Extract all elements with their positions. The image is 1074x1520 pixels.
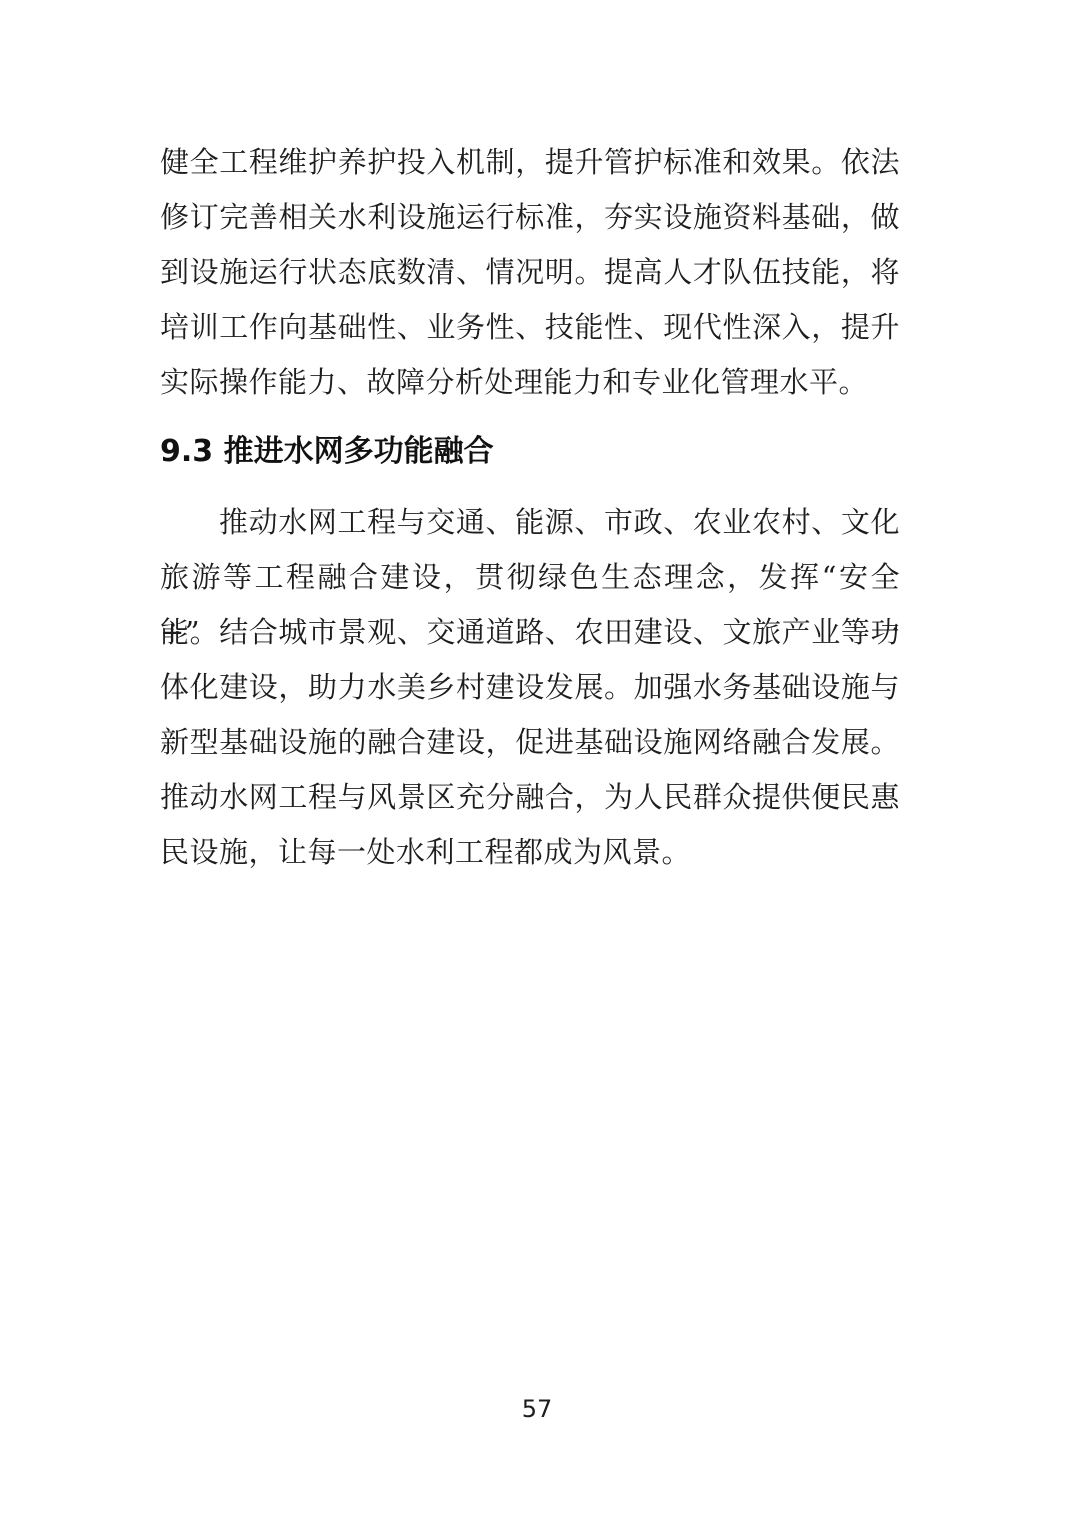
- text-line: 能。结合城市景观、交通道路、农田建设、文旅产业等一: [160, 605, 900, 660]
- text-line: 旅游等工程融合建设，贯彻绿色生态理念，发挥“安全+”功: [160, 550, 900, 605]
- text-line: 到设施运行状态底数清、情况明。提高人才队伍技能，将: [160, 245, 900, 300]
- text-line: 健全工程维护养护投入机制，提升管护标准和效果。依法: [160, 135, 900, 190]
- document-page: 健全工程维护养护投入机制，提升管护标准和效果。依法 修订完善相关水利设施运行标准…: [0, 0, 1074, 1520]
- page-number: 57: [0, 1394, 1074, 1424]
- paragraph-body: 推动水网工程与交通、能源、市政、农业农村、文化 旅游等工程融合建设，贯彻绿色生态…: [160, 495, 900, 880]
- text-line: 修订完善相关水利设施运行标准，夯实设施资料基础，做: [160, 190, 900, 245]
- paragraph-continuation: 健全工程维护养护投入机制，提升管护标准和效果。依法 修订完善相关水利设施运行标准…: [160, 135, 900, 410]
- text-line: 培训工作向基础性、业务性、技能性、现代性深入，提升: [160, 300, 900, 355]
- text-line: 体化建设，助力水美乡村建设发展。加强水务基础设施与: [160, 660, 900, 715]
- section-heading: 9.3 推进水网多功能融合: [160, 427, 900, 477]
- text-line: 实际操作能力、故障分析处理能力和专业化管理水平。: [160, 355, 900, 410]
- text-line: 民设施，让每一处水利工程都成为风景。: [160, 825, 900, 880]
- text-line: 推动水网工程与交通、能源、市政、农业农村、文化: [160, 495, 900, 550]
- text-line: 新型基础设施的融合建设，促进基础设施网络融合发展。: [160, 715, 900, 770]
- text-line: 推动水网工程与风景区充分融合，为人民群众提供便民惠: [160, 770, 900, 825]
